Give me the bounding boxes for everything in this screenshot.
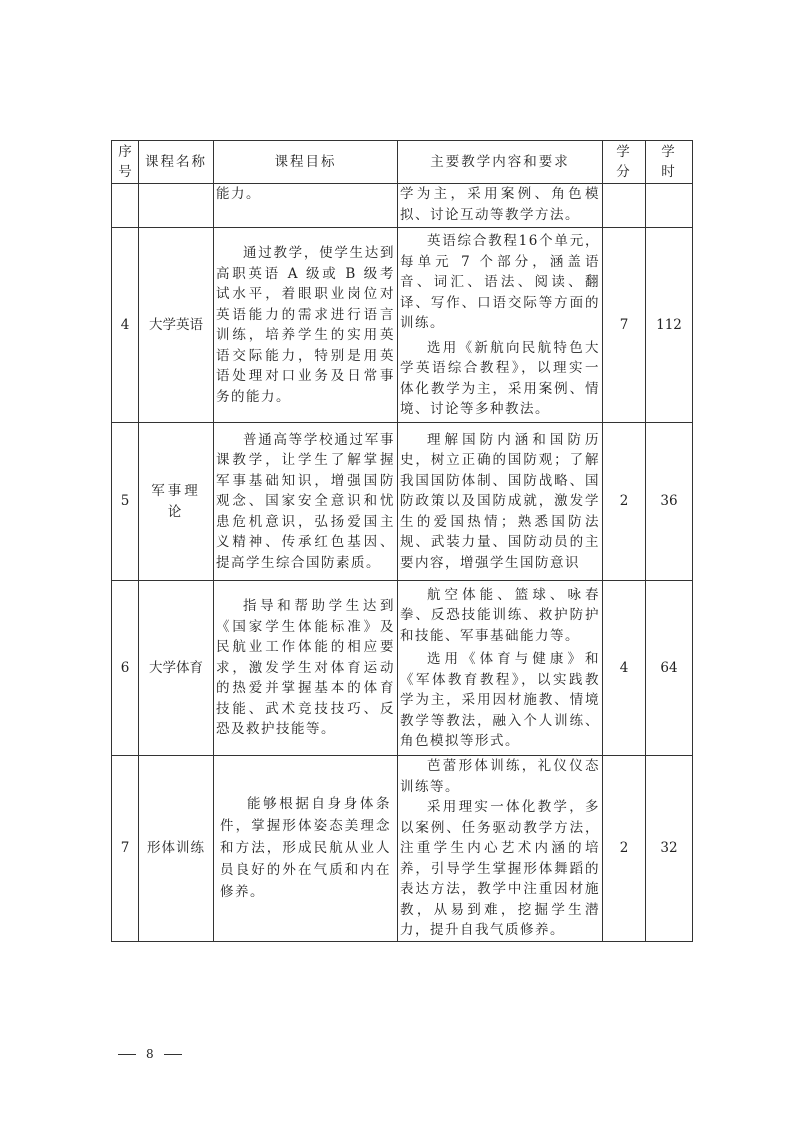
cell-index: 5 <box>112 423 139 581</box>
cell-credits: 2 <box>603 756 646 942</box>
cell-name <box>139 184 214 228</box>
table-row-continued: 能力。 学为主，采用案例、角色模拟、讨论互动等教学方法。 <box>112 184 693 228</box>
header-content: 主要教学内容和要求 <box>398 141 603 184</box>
content-paragraph: 航空体能、篮球、咏春拳、反恐技能训练、救护防护和技能、军事基础能力等。 <box>400 585 600 647</box>
content-paragraph: 采用理实一体化教学，多以案例、任务驱动教学方法，注重学生内心艺术内涵的培养，引导… <box>400 797 600 941</box>
cell-hours <box>646 184 693 228</box>
cell-content: 学为主，采用案例、角色模拟、讨论互动等教学方法。 <box>398 184 603 228</box>
content-text: 学为主，采用案例、角色模拟、讨论互动等教学方法。 <box>400 184 600 225</box>
objective-text: 普通高等学校通过军事课教学，让学生了解掌握军事基础知识，增强国防观念、国家安全意… <box>216 430 395 574</box>
content-paragraph: 选用《体育与健康》和《军体教育教程》，以实践教学为主，采用因材施教、情境教学等教… <box>400 649 600 752</box>
table-row: 6 大学体育 指导和帮助学生达到《国家学生体能标准》及民航业工作体能的相应要求，… <box>112 581 693 756</box>
page-footer: 8 <box>118 1047 182 1061</box>
cell-name: 大学体育 <box>139 581 214 756</box>
header-objective: 课程目标 <box>214 141 398 184</box>
cell-credits: 4 <box>603 581 646 756</box>
content-paragraph: 英语综合教程16个单元，每单元 7 个部分，涵盖语音、词汇、语法、阅读、翻译、写… <box>400 231 600 334</box>
cell-credits: 7 <box>603 228 646 423</box>
cell-index: 7 <box>112 756 139 942</box>
cell-objective: 能力。 <box>214 184 398 228</box>
content-paragraph: 选用《新航向民航特色大学英语综合教程》，以理实一体化教学为主，采用案例、情境、讨… <box>400 338 600 420</box>
table-row: 5 军事理论 普通高等学校通过军事课教学，让学生了解掌握军事基础知识，增强国防观… <box>112 423 693 581</box>
objective-text: 能够根据自身身体条件，掌握形体姿态美理念和方法，形成民航从业人员良好的外在气质和… <box>220 793 391 903</box>
cell-index: 6 <box>112 581 139 756</box>
cell-objective: 通过教学，使学生达到高职英语 A 级或 B 级考试水平，着眼职业岗位对英语能力的… <box>214 228 398 423</box>
cell-credits <box>603 184 646 228</box>
cell-content: 理解国防内涵和国防历史，树立正确的国防观；了解我国国防体制、国防战略、国防政策以… <box>398 423 603 581</box>
header-name: 课程名称 <box>139 141 214 184</box>
cell-content: 英语综合教程16个单元，每单元 7 个部分，涵盖语音、词汇、语法、阅读、翻译、写… <box>398 228 603 423</box>
header-credits: 学分 <box>603 141 646 184</box>
footer-dash-right <box>164 1054 182 1055</box>
cell-index: 4 <box>112 228 139 423</box>
objective-text: 指导和帮助学生达到《国家学生体能标准》及民航业工作体能的相应要求，激发学生对体育… <box>216 596 395 740</box>
page-number: 8 <box>146 1047 154 1061</box>
cell-index <box>112 184 139 228</box>
cell-content: 芭蕾形体训练，礼仪仪态训练等。 采用理实一体化教学，多以案例、任务驱动教学方法，… <box>398 756 603 942</box>
cell-hours: 36 <box>646 423 693 581</box>
cell-name: 形体训练 <box>139 756 214 942</box>
table-header-row: 序号 课程名称 课程目标 主要教学内容和要求 学分 学时 <box>112 141 693 184</box>
header-hours: 学时 <box>646 141 693 184</box>
cell-hours: 112 <box>646 228 693 423</box>
objective-text: 能力。 <box>216 184 395 205</box>
cell-objective: 指导和帮助学生达到《国家学生体能标准》及民航业工作体能的相应要求，激发学生对体育… <box>214 581 398 756</box>
header-index: 序号 <box>112 141 139 184</box>
cell-hours: 32 <box>646 756 693 942</box>
content-paragraph: 芭蕾形体训练，礼仪仪态训练等。 <box>400 756 600 797</box>
content-paragraph: 理解国防内涵和国防历史，树立正确的国防观；了解我国国防体制、国防战略、国防政策以… <box>400 430 600 574</box>
cell-objective: 普通高等学校通过军事课教学，让学生了解掌握军事基础知识，增强国防观念、国家安全意… <box>214 423 398 581</box>
cell-name: 大学英语 <box>139 228 214 423</box>
footer-dash-left <box>118 1054 136 1055</box>
cell-objective: 能够根据自身身体条件，掌握形体姿态美理念和方法，形成民航从业人员良好的外在气质和… <box>214 756 398 942</box>
table-row: 4 大学英语 通过教学，使学生达到高职英语 A 级或 B 级考试水平，着眼职业岗… <box>112 228 693 423</box>
table-row: 7 形体训练 能够根据自身身体条件，掌握形体姿态美理念和方法，形成民航从业人员良… <box>112 756 693 942</box>
objective-text: 通过教学，使学生达到高职英语 A 级或 B 级考试水平，着眼职业岗位对英语能力的… <box>216 243 395 407</box>
cell-hours: 64 <box>646 581 693 756</box>
cell-credits: 2 <box>603 423 646 581</box>
cell-content: 航空体能、篮球、咏春拳、反恐技能训练、救护防护和技能、军事基础能力等。 选用《体… <box>398 581 603 756</box>
cell-name: 军事理论 <box>139 423 214 581</box>
course-table: 序号 课程名称 课程目标 主要教学内容和要求 学分 学时 能力。 学为主，采用案… <box>111 140 693 942</box>
